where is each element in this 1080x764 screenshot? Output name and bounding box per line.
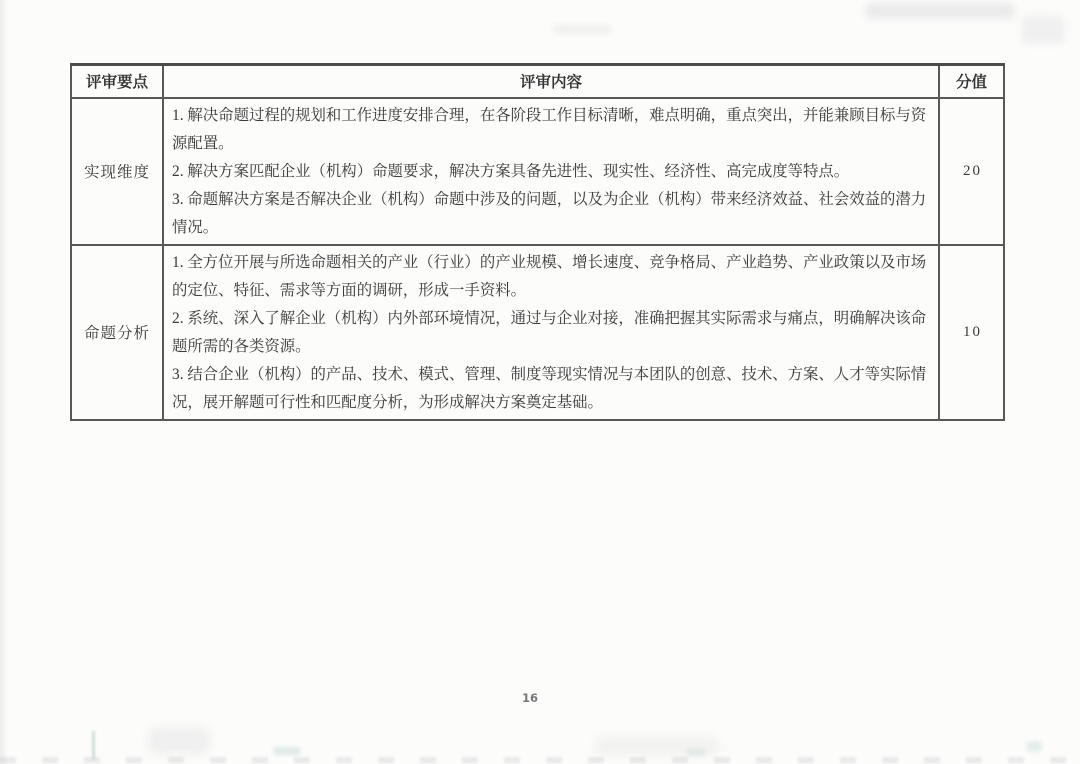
scan-artifact <box>273 747 301 755</box>
criteria-item: 2. 系统、深入了解企业（机构）内外部环境情况，通过与企业对接，准确把握其实际需… <box>172 305 930 361</box>
criteria-item: 3. 命题解决方案是否解决企业（机构）命题中涉及的问题，以及为企业（机构）带来经… <box>172 186 930 242</box>
score-value: 20 <box>939 98 1004 245</box>
col-header-review-content: 评审内容 <box>163 65 939 98</box>
scan-artifact <box>865 3 1015 19</box>
criteria-item: 2. 解决方案匹配企业（机构）命题要求，解决方案具备先进性、现实性、经济性、高完… <box>172 158 930 186</box>
scan-artifact <box>148 728 210 754</box>
dimension-label: 命题分析 <box>71 245 163 420</box>
criteria-content-cell: 1. 解决命题过程的规划和工作进度安排合理，在各阶段工作目标清晰，难点明确，重点… <box>163 98 939 245</box>
table-header-row: 评审要点 评审内容 分值 <box>71 65 1004 98</box>
col-header-score: 分值 <box>939 65 1004 98</box>
criteria-item: 3. 结合企业（机构）的产品、技术、模式、管理、制度等现实情况与本团队的创意、技… <box>172 361 930 417</box>
table-row-implementation-dimension: 实现维度 1. 解决命题过程的规划和工作进度安排合理，在各阶段工作目标清晰，难点… <box>71 98 1004 245</box>
dimension-label: 实现维度 <box>71 98 163 245</box>
scan-artifact <box>1022 16 1064 44</box>
score-value: 10 <box>939 245 1004 420</box>
scan-artifact <box>1026 741 1042 752</box>
scan-artifact <box>595 736 720 756</box>
scan-artifact <box>0 757 1080 763</box>
criteria-item: 1. 全方位开展与所选命题相关的产业（行业）的产业规模、增长速度、竞争格局、产业… <box>172 249 930 305</box>
scan-artifact <box>553 25 611 34</box>
evaluation-rubric-table: 评审要点 评审内容 分值 实现维度 1. 解决命题过程的规划和工作进度安排合理，… <box>70 63 1005 421</box>
criteria-content-cell: 1. 全方位开展与所选命题相关的产业（行业）的产业规模、增长速度、竞争格局、产业… <box>163 245 939 420</box>
col-header-review-points: 评审要点 <box>71 65 163 98</box>
scan-artifact <box>92 731 95 759</box>
table-row-proposition-analysis: 命题分析 1. 全方位开展与所选命题相关的产业（行业）的产业规模、增长速度、竞争… <box>71 245 1004 420</box>
criteria-item: 1. 解决命题过程的规划和工作进度安排合理，在各阶段工作目标清晰，难点明确，重点… <box>172 102 930 158</box>
page-number: 16 <box>505 691 555 705</box>
scan-artifact <box>686 748 706 756</box>
scan-edge-shadow <box>0 0 8 764</box>
